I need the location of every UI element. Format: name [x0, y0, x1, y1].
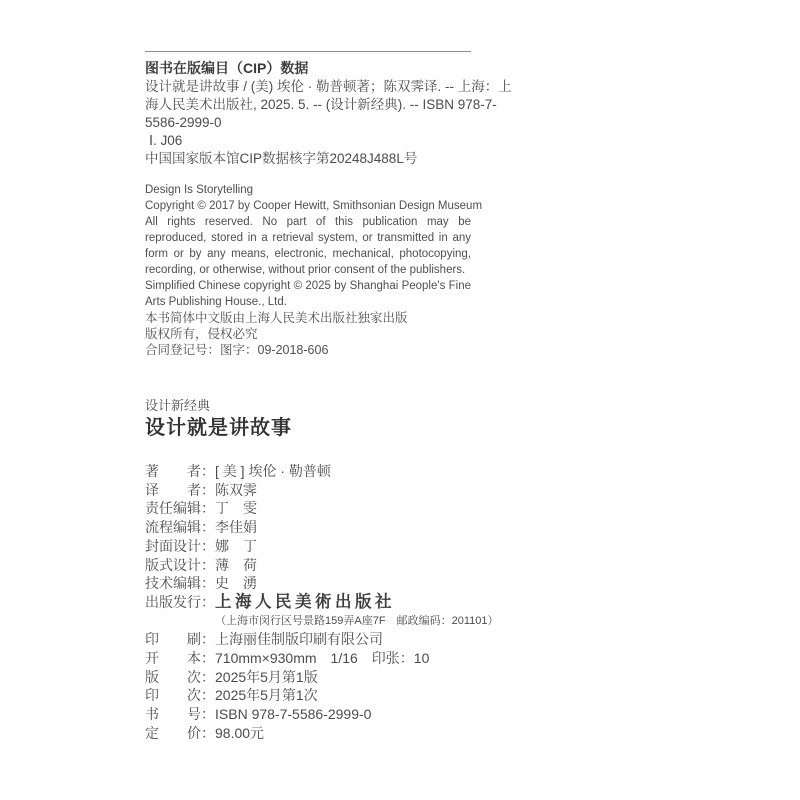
cip-line: 5586-2999-0: [145, 114, 471, 132]
colophon-row-cover-design: 封面设计：娜 丁: [145, 537, 565, 556]
row-value: 2025年5月第1次: [215, 687, 318, 703]
cn-contract-line: 合同登记号：图字：09-2018-606: [145, 342, 471, 358]
row-colon: ：: [201, 481, 215, 500]
colophon-row-publisher: 出版发行：上海人民美術出版社: [145, 593, 565, 612]
publisher-logotype: 上海人民美術出版社: [215, 592, 395, 611]
row-label: 技术编辑: [145, 574, 201, 593]
row-colon: ：: [201, 518, 215, 537]
cn-rights-line: 版权所有，侵权必究: [145, 326, 471, 342]
cip-line: 海人民美术出版社, 2025. 5. -- (设计新经典). -- ISBN 9…: [145, 96, 471, 114]
english-title: Design Is Storytelling: [145, 182, 471, 198]
row-value: 史 湧: [215, 575, 257, 591]
publisher-address: （上海市闵行区号景路159弄A座7F 邮政编码：201101）: [215, 615, 498, 627]
row-label: 封面设计: [145, 537, 201, 556]
row-colon: ：: [201, 668, 215, 687]
colophon-row-translator: 译 者：陈双霁: [145, 481, 565, 500]
top-divider-rule: [145, 51, 471, 52]
row-label: 流程编辑: [145, 518, 201, 537]
colophon-row-impression: 印 次：2025年5月第1次: [145, 686, 565, 705]
row-value: 98.00元: [215, 725, 264, 741]
row-colon: ：: [201, 686, 215, 705]
row-value: ISBN 978-7-5586-2999-0: [215, 706, 371, 722]
row-value: [ 美 ] 埃伦 · 勒普顿: [215, 463, 331, 479]
row-label: 版式设计: [145, 556, 201, 575]
colophon-row-author: 著 者：[ 美 ] 埃伦 · 勒普顿: [145, 462, 565, 481]
row-label: 出版发行: [145, 593, 201, 612]
cip-classification-line: Ⅰ. J06: [145, 132, 471, 150]
cip-registration-line: 中国国家版本馆CIP数据核字第20248J488L号: [145, 150, 471, 168]
colophon-block: 著 者：[ 美 ] 埃伦 · 勒普顿 译 者：陈双霁 责任编辑：丁 雯 流程编辑…: [145, 462, 565, 743]
row-colon: ：: [201, 630, 215, 649]
row-value: 2025年5月第1版: [215, 669, 318, 685]
row-colon: ：: [201, 556, 215, 575]
colophon-row-process-editor: 流程编辑：李佳娟: [145, 518, 565, 537]
row-value: 丁 雯: [215, 500, 257, 516]
row-label: 开 本: [145, 649, 201, 668]
colophon-row-printer: 印 刷：上海丽佳制版印刷有限公司: [145, 630, 565, 649]
colophon-row-isbn: 书 号：ISBN 978-7-5586-2999-0: [145, 705, 565, 724]
row-value: 陈双霁: [215, 482, 257, 498]
colophon-row-technical-editor: 技术编辑：史 湧: [145, 574, 565, 593]
rights-paragraph: All rights reserved. No part of this pub…: [145, 214, 471, 278]
simplified-chinese-paragraph: Simplified Chinese copyright © 2025 by S…: [145, 278, 471, 310]
row-colon: ：: [201, 593, 215, 612]
colophon-row-layout-design: 版式设计：薄 荷: [145, 556, 565, 575]
row-label: 印 刷: [145, 630, 201, 649]
row-label: 书 号: [145, 705, 201, 724]
row-colon: ：: [201, 649, 215, 668]
row-colon: ：: [201, 574, 215, 593]
cip-heading: 图书在版编目（CIP）数据: [145, 58, 471, 78]
row-colon: ：: [201, 462, 215, 481]
title-block: 设计新经典 设计就是讲故事: [145, 398, 292, 440]
row-value: 薄 荷: [215, 557, 257, 573]
row-label: 译 者: [145, 481, 201, 500]
row-value: 李佳娟: [215, 519, 257, 535]
cip-line: 设计就是讲故事 / (美) 埃伦 · 勒普顿著；陈双霁译. -- 上海：上: [145, 78, 471, 96]
row-colon: ：: [201, 724, 215, 743]
book-copyright-page: 图书在版编目（CIP）数据 设计就是讲故事 / (美) 埃伦 · 勒普顿著；陈双…: [0, 0, 800, 800]
copyright-block: Design Is Storytelling Copyright © 2017 …: [145, 182, 471, 358]
row-colon: ：: [201, 705, 215, 724]
row-label: 责任编辑: [145, 499, 201, 518]
colophon-row-responsible-editor: 责任编辑：丁 雯: [145, 499, 565, 518]
copyright-line: Copyright © 2017 by Cooper Hewitt, Smith…: [145, 198, 471, 214]
cip-data-block: 图书在版编目（CIP）数据 设计就是讲故事 / (美) 埃伦 · 勒普顿著；陈双…: [145, 58, 471, 168]
row-label: 版 次: [145, 668, 201, 687]
colophon-row-publisher-address: （上海市闵行区号景路159弄A座7F 邮政编码：201101）: [145, 612, 565, 631]
row-label: 印 次: [145, 686, 201, 705]
row-colon: ：: [201, 537, 215, 556]
row-value: 710mm×930mm 1/16 印张：10: [215, 650, 429, 666]
book-title: 设计就是讲故事: [145, 416, 292, 440]
cn-exclusive-line: 本书简体中文版由上海人民美术出版社独家出版: [145, 310, 471, 326]
colophon-row-format: 开 本：710mm×930mm 1/16 印张：10: [145, 649, 565, 668]
row-colon: ：: [201, 499, 215, 518]
row-value: 娜 丁: [215, 538, 257, 554]
series-name: 设计新经典: [145, 398, 292, 414]
row-value: 上海丽佳制版印刷有限公司: [215, 631, 383, 647]
row-label: 著 者: [145, 462, 201, 481]
colophon-row-price: 定 价：98.00元: [145, 724, 565, 743]
row-label: 定 价: [145, 724, 201, 743]
colophon-row-edition: 版 次：2025年5月第1版: [145, 668, 565, 687]
